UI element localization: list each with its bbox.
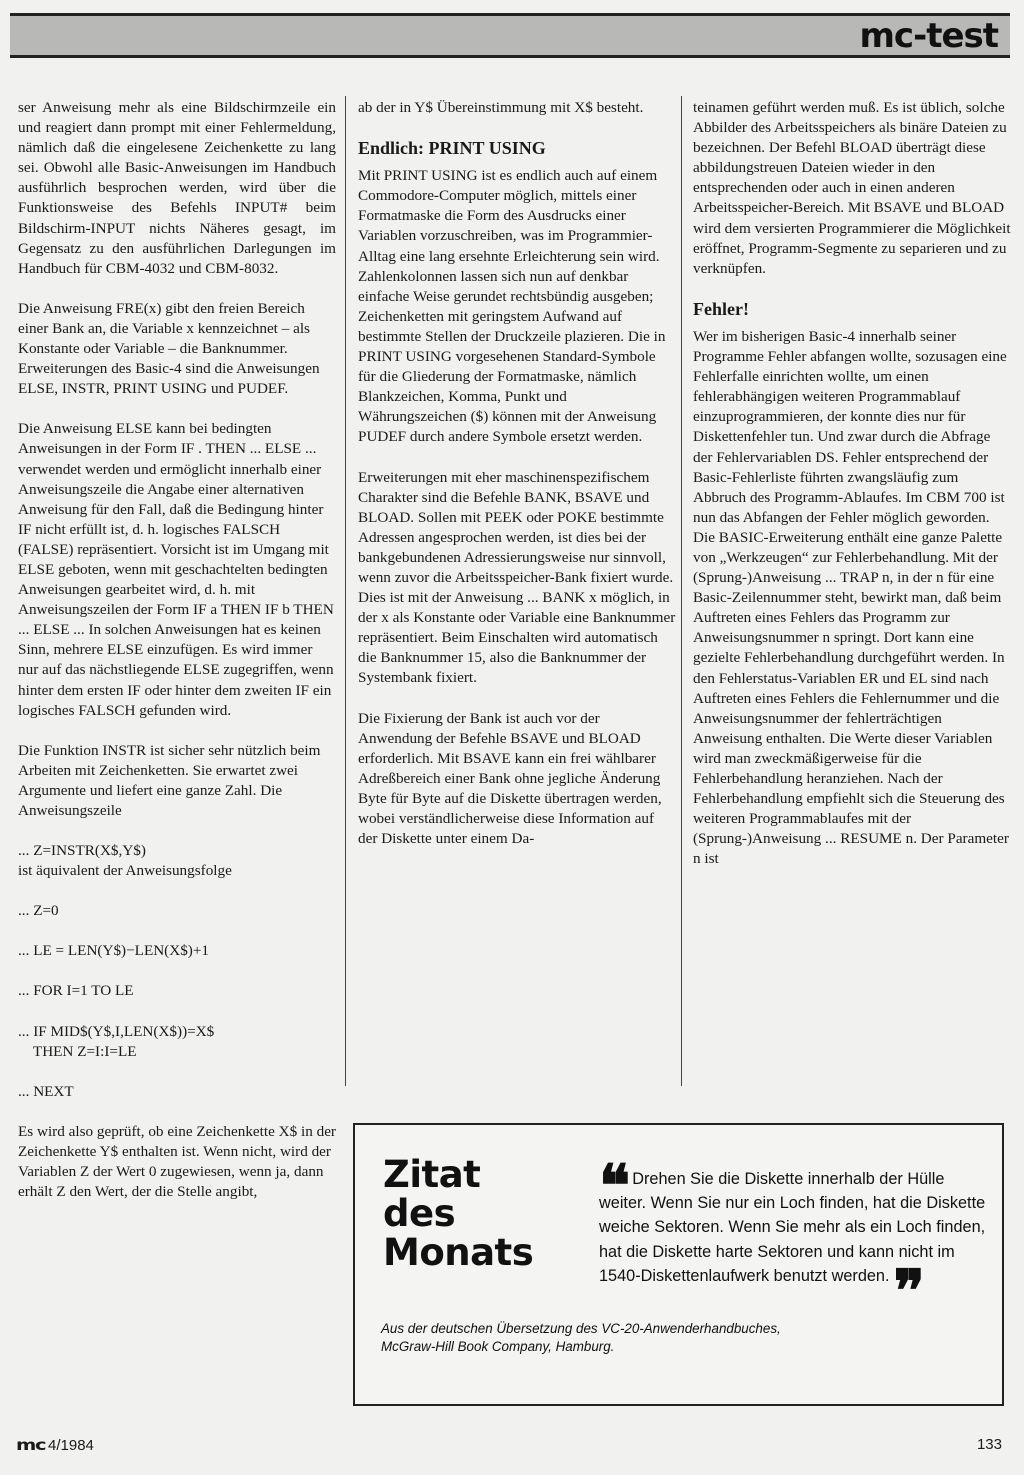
code-line: ... IF MID$(Y$,I,LEN(X$))=X$ THEN Z=I:I=… (18, 1022, 336, 1062)
code-line: ... FOR I=1 TO LE (18, 981, 336, 1001)
section-heading: Endlich: PRINT USING (358, 138, 676, 158)
heading-line: Monats (383, 1233, 583, 1272)
heading-line: des (383, 1194, 583, 1233)
article-column-right: teinamen geführt werden muß. Es ist übli… (693, 98, 1011, 889)
paragraph: Mit PRINT USING ist es endlich auch auf … (358, 166, 676, 447)
code-line: ... LE = LEN(Y$)−LEN(X$)+1 (18, 941, 336, 961)
section-heading: Fehler! (693, 299, 1011, 319)
quote-source: Aus der deutschen Übersetzung des VC-20-… (381, 1320, 941, 1356)
paragraph: ser Anweisung mehr als eine Bildschirmze… (18, 98, 336, 279)
quote-text: ❝Drehen Sie die Diskette innerhalb der H… (599, 1167, 989, 1291)
paragraph: Die Funktion INSTR ist sicher sehr nützl… (18, 741, 336, 821)
code-line: ... Z=0 (18, 901, 336, 921)
code-line: ... Z=INSTR(X$,Y$) (18, 841, 336, 861)
heading-line: Zitat (383, 1155, 583, 1194)
paragraph: ist äquivalent der Anweisungsfolge (18, 861, 336, 881)
paragraph: Es wird also geprüft, ob eine Zeichenket… (18, 1122, 336, 1202)
source-line: Aus der deutschen Übersetzung des VC-20-… (381, 1320, 941, 1338)
column-divider-2 (681, 96, 682, 1086)
paragraph: Die Anweisung ELSE kann bei bedingten An… (18, 419, 336, 720)
page-number: 133 (977, 1436, 1002, 1453)
section-header-bar: mc-test (10, 13, 1010, 58)
source-line: McGraw-Hill Book Company, Hamburg. (381, 1338, 941, 1356)
paragraph: Die Fixierung der Bank ist auch vor der … (358, 709, 676, 850)
section-label: mc-test (860, 16, 999, 56)
footer-issue: mc 4/1984 (16, 1436, 94, 1454)
code-example: ... Z=INSTR(X$,Y$) ist äquivalent der An… (18, 841, 336, 881)
code-line: ... NEXT (18, 1082, 336, 1102)
quote-body: Drehen Sie die Diskette innerhalb der Hü… (599, 1170, 985, 1285)
article-column-left: ser Anweisung mehr als eine Bildschirmze… (18, 98, 336, 1222)
mc-logo-icon: mc (16, 1436, 50, 1454)
column-divider-1 (345, 96, 346, 1086)
paragraph: teinamen geführt werden muß. Es ist übli… (693, 98, 1011, 279)
article-column-middle: ab der in Y$ Übereinstimmung mit X$ best… (358, 98, 676, 869)
paragraph: Wer im bisherigen Basic-4 innerhalb sein… (693, 327, 1011, 870)
close-quote-icon: ❞ (894, 1257, 925, 1325)
paragraph: ab der in Y$ Übereinstimmung mit X$ best… (358, 98, 676, 118)
quote-box-heading: Zitat des Monats (383, 1155, 583, 1272)
quote-of-the-month-box: Zitat des Monats ❝Drehen Sie die Diskett… (353, 1123, 1004, 1406)
issue-number: 4/1984 (48, 1437, 94, 1454)
paragraph: Erweiterungen mit eher maschinenspezifis… (358, 468, 676, 689)
paragraph: Die Anweisung FRE(x) gibt den freien Ber… (18, 299, 336, 399)
